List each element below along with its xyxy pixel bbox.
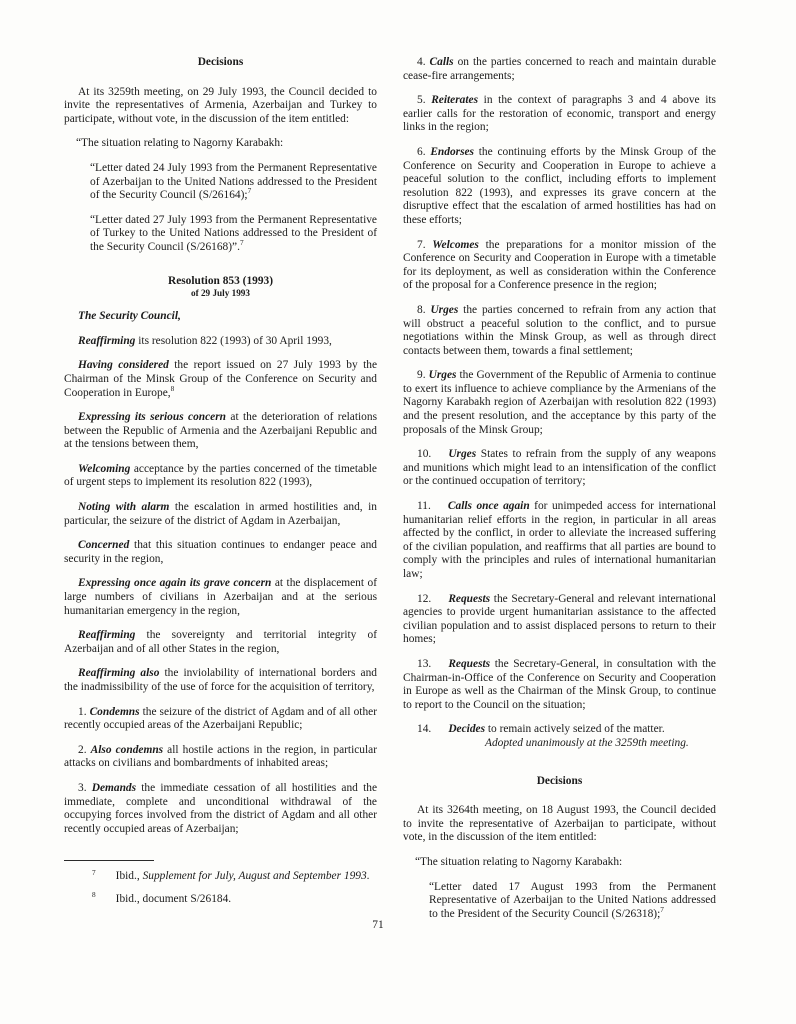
- decisions-heading: Decisions: [403, 775, 716, 789]
- right-column: 4. Calls on the parties concerned to rea…: [403, 56, 716, 921]
- emphasis-run: Demands: [92, 782, 136, 794]
- paragraph: Reaffirming the sovereignty and territor…: [64, 629, 377, 656]
- quoted-letter: “Letter dated 17 August 1993 from the Pe…: [429, 881, 716, 922]
- paragraph: Reaffirming its resolution 822 (1993) of…: [64, 335, 377, 349]
- document-page: DecisionsAt its 3259th meeting, on 29 Ju…: [0, 0, 796, 1024]
- operative-paragraph: 3. Demands the immediate cessation of al…: [64, 782, 377, 836]
- left-column: DecisionsAt its 3259th meeting, on 29 Ju…: [64, 56, 377, 921]
- emphasis-run: Requests: [448, 658, 490, 670]
- operative-paragraph: 1. Condemns the seizure of the district …: [64, 706, 377, 733]
- emphasis-run: Also condemns: [91, 744, 163, 756]
- emphasis-run: Having considered: [78, 359, 169, 371]
- quoted-item-title: “The situation relating to Nagorny Karab…: [415, 856, 716, 870]
- footnote-marker: 8: [171, 384, 175, 393]
- emphasis-run: Reiterates: [431, 94, 478, 106]
- operative-paragraph: 12. Requests the Secretary-General and r…: [403, 593, 716, 647]
- paragraph: Concerned that this situation continues …: [64, 539, 377, 566]
- footnote: 8Ibid., document S/26184.: [64, 893, 377, 907]
- footnote-marker: 7: [248, 186, 252, 195]
- footnote: 7Ibid., Supplement for July, August and …: [64, 870, 377, 884]
- emphasis-run: Welcoming: [78, 463, 130, 475]
- operative-paragraph: 4. Calls on the parties concerned to rea…: [403, 56, 716, 83]
- emphasis-run: Supplement for July, August and Septembe…: [143, 870, 367, 882]
- paragraph: The Security Council,: [64, 310, 377, 324]
- emphasis-run: Expressing once again its grave concern: [78, 577, 271, 589]
- emphasis-run: Urges: [448, 448, 476, 460]
- paragraph: Expressing its serious concern at the de…: [64, 411, 377, 452]
- quoted-item-title: “The situation relating to Nagorny Karab…: [76, 137, 377, 151]
- emphasis-run: Urges: [429, 369, 457, 381]
- emphasis-run: Decides: [448, 723, 485, 735]
- emphasis-run: Urges: [430, 304, 458, 316]
- footnote-rule: [64, 860, 154, 861]
- operative-paragraph: 9. Urges the Government of the Republic …: [403, 369, 716, 437]
- paragraph: At its 3259th meeting, on 29 July 1993, …: [64, 86, 377, 127]
- operative-paragraph: 11. Calls once again for unimpeded acces…: [403, 500, 716, 582]
- quoted-letter: “Letter dated 24 July 1993 from the Perm…: [90, 162, 377, 203]
- emphasis-run: Concerned: [78, 539, 129, 551]
- emphasis-run: Reaffirming also: [78, 667, 159, 679]
- paragraph: At its 3264th meeting, on 18 August 1993…: [403, 804, 716, 845]
- emphasis-run: Reaffirming: [78, 629, 135, 641]
- paragraph: Expressing once again its grave concern …: [64, 577, 377, 618]
- quoted-letter: “Letter dated 27 July 1993 from the Perm…: [90, 214, 377, 255]
- emphasis-run: Welcomes: [432, 239, 479, 251]
- emphasis-run: Calls: [430, 56, 454, 68]
- emphasis-run: Calls once again: [448, 500, 530, 512]
- paragraph: Noting with alarm the escalation in arme…: [64, 501, 377, 528]
- adoption-note: Adopted unanimously at the 3259th meetin…: [403, 737, 716, 751]
- operative-paragraph: 14. Decides to remain actively seized of…: [403, 723, 716, 737]
- operative-paragraph: 8. Urges the parties concerned to refrai…: [403, 304, 716, 358]
- emphasis-run: Reaffirming: [78, 335, 135, 347]
- two-column-body: DecisionsAt its 3259th meeting, on 29 Ju…: [64, 56, 716, 921]
- page-number: 71: [338, 919, 418, 933]
- emphasis-run: Endorses: [430, 146, 474, 158]
- operative-paragraph: 10. Urges States to refrain from the sup…: [403, 448, 716, 489]
- footnote-marker: 7: [92, 868, 96, 877]
- paragraph: Welcoming acceptance by the parties conc…: [64, 463, 377, 490]
- resolution-date: of 29 July 1993: [64, 288, 377, 299]
- footnote-marker: 8: [92, 890, 96, 899]
- emphasis-run: Condemns: [90, 706, 140, 718]
- operative-paragraph: 2. Also condemns all hostile actions in …: [64, 744, 377, 771]
- operative-paragraph: 13. Requests the Secretary-General, in c…: [403, 658, 716, 712]
- footnote-marker: 7: [660, 905, 664, 914]
- emphasis-run: Noting with alarm: [78, 501, 169, 513]
- emphasis-run: The Security Council,: [78, 310, 181, 322]
- emphasis-run: Expressing its serious concern: [78, 411, 226, 423]
- footnote-marker: 7: [240, 238, 244, 247]
- operative-paragraph: 6. Endorses the continuing efforts by th…: [403, 146, 716, 228]
- paragraph: Reaffirming also the inviolability of in…: [64, 667, 377, 694]
- decisions-heading: Decisions: [64, 56, 377, 70]
- emphasis-run: Requests: [448, 593, 490, 605]
- operative-paragraph: 7. Welcomes the preparations for a monit…: [403, 239, 716, 293]
- operative-paragraph: 5. Reiterates in the context of paragrap…: [403, 94, 716, 135]
- resolution-heading: Resolution 853 (1993): [64, 275, 377, 289]
- paragraph: Having considered the report issued on 2…: [64, 359, 377, 400]
